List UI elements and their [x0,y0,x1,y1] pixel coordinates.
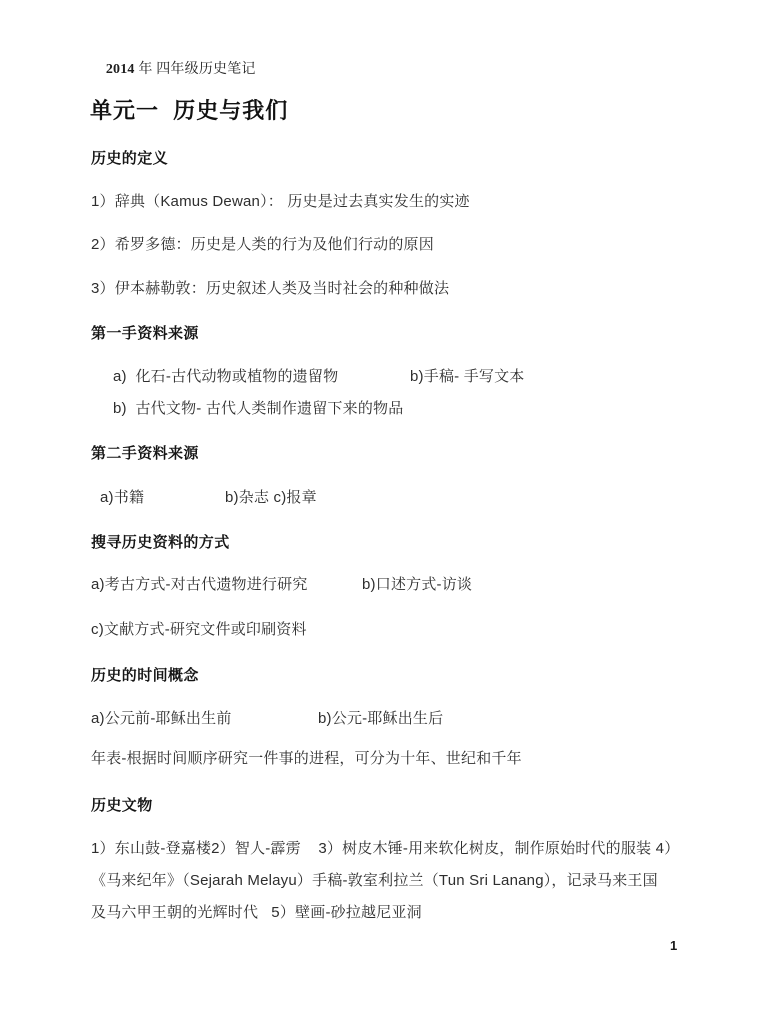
definition-item-1: 1）辞典（Kamus Dewan）： 历史是过去真实发生的实迹 [91,190,470,211]
page-number: 1 [670,938,677,953]
section-heading-secondary-sources: 第二手资料来源 [91,442,199,463]
section-heading-time-concept: 历史的时间概念 [91,664,199,685]
section-heading-search-methods: 搜寻历史资料的方式 [91,531,230,552]
primary-source-item-a: a) 化石-古代动物或植物的遗留物 [113,365,338,386]
search-method-item-a: a)考古方式-对古代遗物进行研究 [91,573,308,594]
artifacts-line-1: 1）东山鼓-登嘉楼2）智人-霹雳 3）树皮木锤-用来软化树皮，制作原始时代的服装… [91,837,679,858]
header-text: 年 四年级历史笔记 [135,62,256,77]
header-year: 2014 [106,62,135,77]
section-heading-primary-sources: 第一手资料来源 [91,322,199,343]
artifacts-line-3: 及马六甲王朝的光辉时代 5）壁画-砂拉越尼亚洞 [91,901,422,922]
primary-source-item-b: b) 古代文物- 古代人类制作遗留下来的物品 [113,397,403,418]
time-concept-item-a: a)公元前-耶稣出生前 [91,707,232,728]
section-heading-artifacts: 历史文物 [91,794,153,815]
timeline-note: 年表-根据时间顺序研究一件事的进程，可分为十年、世纪和千年 [91,747,522,768]
search-method-item-c: c)文献方式-研究文件或印刷资料 [91,618,307,639]
time-concept-item-b: b)公元-耶稣出生后 [318,707,443,728]
section-heading-definition: 历史的定义 [91,147,168,168]
unit-title: 单元一 历史与我们 [90,94,288,125]
definition-item-2: 2）希罗多德：历史是人类的行为及他们行动的原因 [91,233,434,254]
definition-item-3: 3）伊本赫勒敦：历史叙述人类及当时社会的种种做法 [91,277,449,298]
artifacts-line-2: 《马来纪年》（Sejarah Melayu）手稿-敦室利拉兰（Tun Sri L… [91,869,658,890]
document-page: 2014 年 四年级历史笔记 单元一 历史与我们 历史的定义 1）辞典（Kamu… [0,0,768,1024]
secondary-source-item-a: a)书籍 [100,486,144,507]
search-method-item-b: b)口述方式-访谈 [362,573,472,594]
primary-source-item-a-right: b)手稿- 手写文本 [410,365,525,386]
page-header: 2014 年 四年级历史笔记 [91,42,256,94]
secondary-source-items-bc: b)杂志 c)报章 [225,486,317,507]
